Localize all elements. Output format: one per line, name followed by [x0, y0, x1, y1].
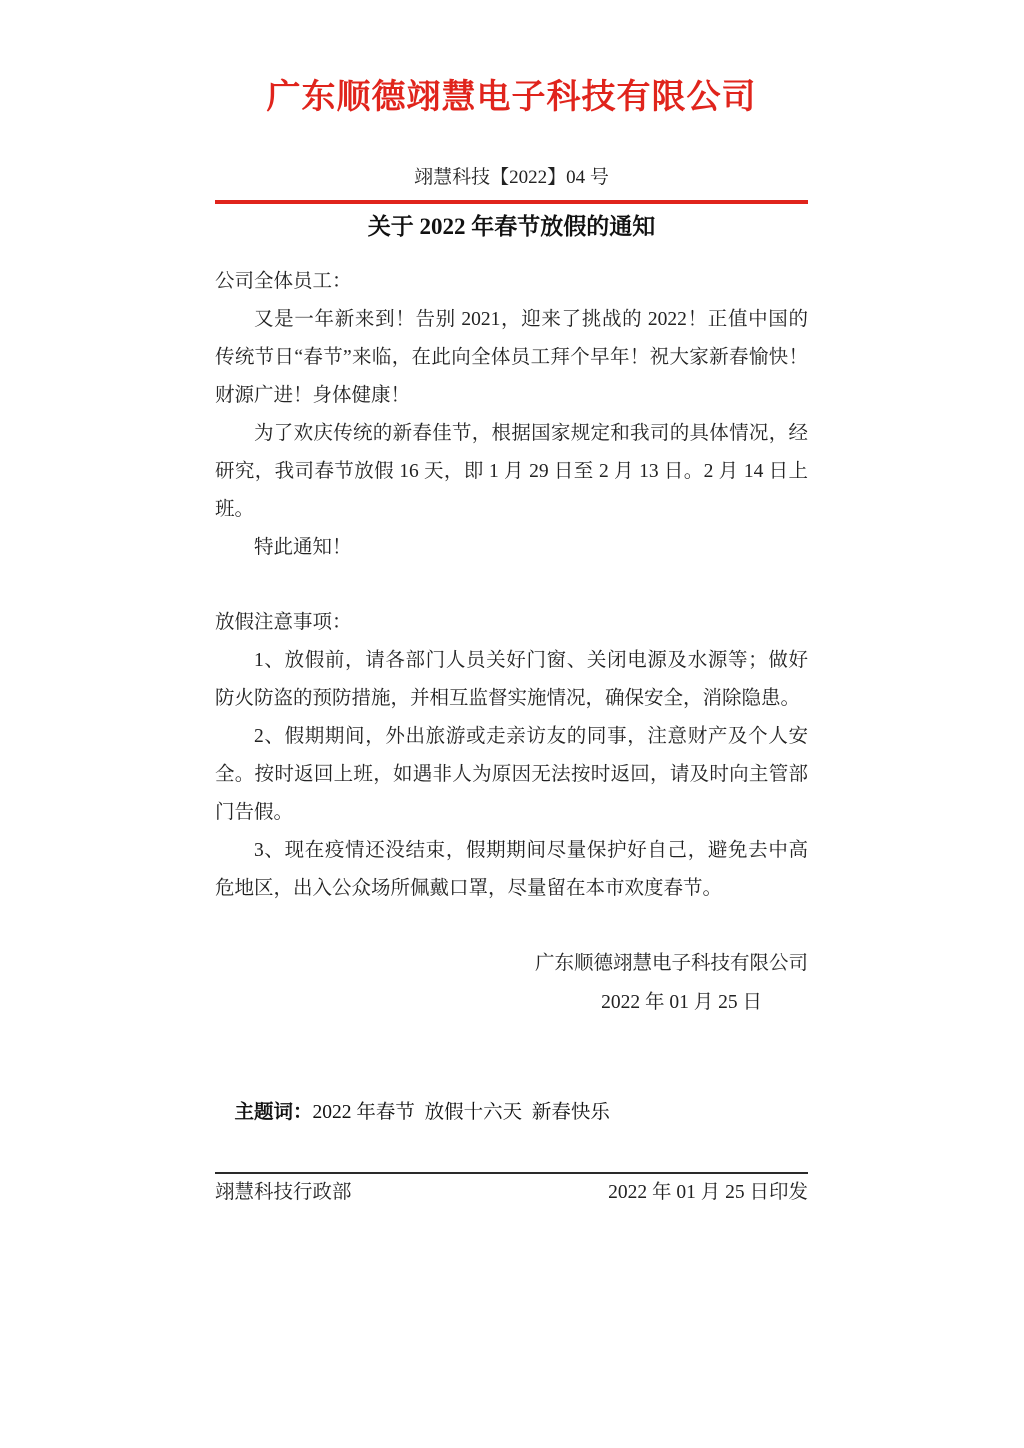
document-number: 翊慧科技【2022】04 号	[215, 166, 808, 190]
subject-keywords-value: 2022 年春节 放假十六天 新春快乐	[313, 1102, 610, 1123]
salutation: 公司全体员工：	[215, 263, 808, 301]
footer-row: 翊慧科技行政部 2022 年 01 月 25 日印发	[215, 1174, 808, 1212]
closing-statement: 特此通知！	[215, 529, 808, 567]
note-item-2: 2、假期期间，外出旅游或走亲访友的同事，注意财产及个人安全。按时返回上班，如遇非…	[215, 718, 808, 832]
subject-keywords-label: 主题词：	[235, 1101, 313, 1123]
subject-keywords-row: 主题词：2022 年春节 放假十六天 新春快乐	[215, 1055, 808, 1170]
note-item-3: 3、现在疫情还没结束，假期期间尽量保护好自己，避免去中高危地区，出入公众场所佩戴…	[215, 832, 808, 908]
red-divider-rule	[215, 200, 808, 204]
signature-company: 广东顺德翊慧电子科技有限公司	[215, 944, 808, 983]
note-item-1: 1、放假前，请各部门人员关好门窗、关闭电源及水源等；做好防火防盗的预防措施，并相…	[215, 642, 808, 718]
notice-body: 公司全体员工： 又是一年新来到！告别 2021，迎来了挑战的 2022！正值中国…	[215, 263, 808, 908]
notes-title: 放假注意事项：	[215, 604, 808, 642]
company-title: 广东顺德翊慧电子科技有限公司	[215, 79, 808, 117]
signature-block: 广东顺德翊慧电子科技有限公司 2022 年 01 月 25 日	[215, 944, 808, 1022]
notice-document-page: 广东顺德翊慧电子科技有限公司 翊慧科技【2022】04 号 关于 2022 年春…	[0, 0, 1024, 1448]
paragraph-greeting: 又是一年新来到！告别 2021，迎来了挑战的 2022！正值中国的传统节日“春节…	[215, 301, 808, 415]
issuing-department: 翊慧科技行政部	[215, 1174, 352, 1212]
signature-date: 2022 年 01 月 25 日	[215, 983, 808, 1022]
print-date: 2022 年 01 月 25 日印发	[608, 1174, 808, 1212]
notice-heading: 关于 2022 年春节放假的通知	[215, 212, 808, 242]
paragraph-holiday-dates: 为了欢庆传统的新春佳节，根据国家规定和我司的具体情况，经研究，我司春节放假 16…	[215, 415, 808, 529]
